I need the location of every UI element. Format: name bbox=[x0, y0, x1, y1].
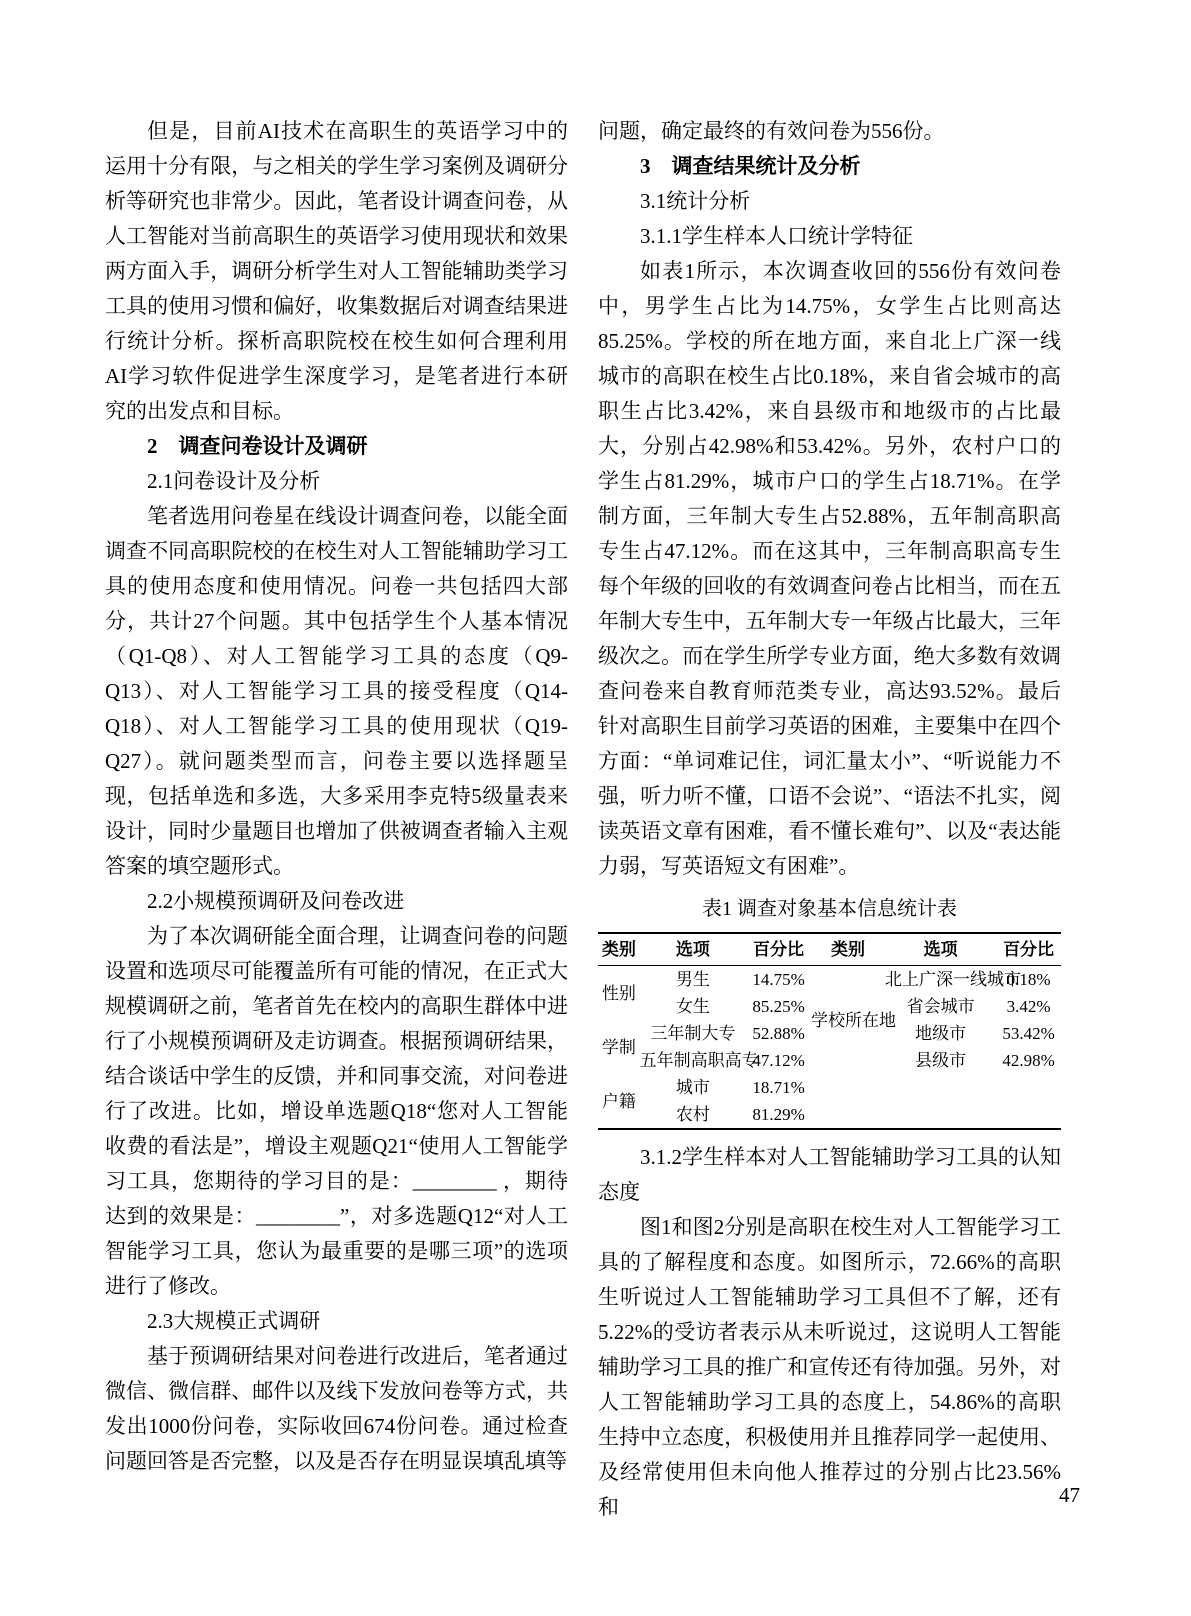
table-caption: 表1 调查对象基本信息统计表 bbox=[598, 890, 1061, 928]
subsection-heading-2-2: 2.2小规模预调研及问卷改进 bbox=[105, 884, 568, 919]
table-cell: 53.42% bbox=[996, 1020, 1061, 1047]
table-cell: 女生 bbox=[640, 993, 746, 1020]
table-header-cell: 类别 bbox=[598, 933, 640, 966]
subsection-heading-3-1-2: 3.1.2学生样本对人工智能辅助学习工具的认知态度 bbox=[598, 1140, 1061, 1210]
table-cell: 18.71% bbox=[746, 1074, 811, 1101]
table-header-cell: 百分比 bbox=[996, 933, 1061, 966]
table-row: 性别 男生 14.75% 学校所在地 北上广深一线城市 0.18% bbox=[598, 966, 1061, 994]
table-cell: 14.75% bbox=[746, 966, 811, 994]
table-header-cell: 类别 bbox=[811, 933, 885, 966]
paragraph: 基于预调研结果对问卷进行改进后，笔者通过微信、微信群、邮件以及线下发放问卷等方式… bbox=[105, 1339, 568, 1479]
paragraph: 但是，目前AI技术在高职生的英语学习中的运用十分有限，与之相关的学生学习案例及调… bbox=[105, 114, 568, 429]
paper-page: 但是，目前AI技术在高职生的英语学习中的运用十分有限，与之相关的学生学习案例及调… bbox=[0, 0, 1191, 1616]
table-cell-category: 学校所在地 bbox=[811, 966, 885, 1075]
table-row: 户籍 城市 18.71% bbox=[598, 1074, 1061, 1101]
paragraph: 问题，确定最终的有效问卷为556份。 bbox=[598, 114, 1061, 149]
section-heading-3: 3 调查结果统计及分析 bbox=[598, 149, 1061, 184]
table-cell: 85.25% bbox=[746, 993, 811, 1020]
table-cell: 3.42% bbox=[996, 993, 1061, 1020]
left-column: 但是，目前AI技术在高职生的英语学习中的运用十分有限，与之相关的学生学习案例及调… bbox=[105, 114, 568, 1479]
table-cell: 北上广深一线城市 bbox=[885, 966, 996, 994]
table-header-cell: 百分比 bbox=[746, 933, 811, 966]
table-cell: 县级市 bbox=[885, 1047, 996, 1074]
subsection-heading-3-1: 3.1统计分析 bbox=[598, 184, 1061, 219]
table-cell: 男生 bbox=[640, 966, 746, 994]
table-header-cell: 选项 bbox=[885, 933, 996, 966]
paragraph: 如表1所示，本次调查收回的556份有效问卷中，男学生占比为14.75%，女学生占… bbox=[598, 254, 1061, 884]
table-cell: 农村 bbox=[640, 1101, 746, 1129]
table-cell-category: 学制 bbox=[598, 1020, 640, 1074]
info-table: 类别 选项 百分比 类别 选项 百分比 性别 男生 14.75% 学校所在地 北… bbox=[598, 932, 1061, 1130]
section-heading-2: 2 调查问卷设计及调研 bbox=[105, 429, 568, 464]
table-cell: 52.88% bbox=[746, 1020, 811, 1047]
subsection-heading-3-1-1: 3.1.1学生样本人口统计学特征 bbox=[598, 219, 1061, 254]
subsection-heading-2-3: 2.3大规模正式调研 bbox=[105, 1304, 568, 1339]
paragraph: 笔者选用问卷星在线设计调查问卷，以能全面调查不同高职院校的在校生对人工智能辅助学… bbox=[105, 499, 568, 884]
right-column: 问题，确定最终的有效问卷为556份。 3 调查结果统计及分析 3.1统计分析 3… bbox=[598, 114, 1061, 1525]
paragraph: 图1和图2分别是高职在校生对人工智能学习工具的了解程度和态度。如图所示，72.6… bbox=[598, 1210, 1061, 1525]
table-cell-category: 性别 bbox=[598, 966, 640, 1021]
table-cell: 三年制大专 bbox=[640, 1020, 746, 1047]
page-number: 47 bbox=[598, 1483, 1080, 1508]
paragraph: 为了本次调研能全面合理，让调查问卷的问题设置和选项尽可能覆盖所有可能的情况，在正… bbox=[105, 919, 568, 1304]
table-cell: 城市 bbox=[640, 1074, 746, 1101]
table-cell: 五年制高职高专 bbox=[640, 1047, 746, 1074]
table-cell: 地级市 bbox=[885, 1020, 996, 1047]
subsection-heading-2-1: 2.1问卷设计及分析 bbox=[105, 464, 568, 499]
table-cell: 81.29% bbox=[746, 1101, 811, 1129]
table-header-row: 类别 选项 百分比 类别 选项 百分比 bbox=[598, 933, 1061, 966]
table-cell-category: 户籍 bbox=[598, 1074, 640, 1129]
table-cell: 47.12% bbox=[746, 1047, 811, 1074]
table-cell-empty bbox=[811, 1074, 1061, 1129]
table-cell: 省会城市 bbox=[885, 993, 996, 1020]
table-header-cell: 选项 bbox=[640, 933, 746, 966]
table-cell: 42.98% bbox=[996, 1047, 1061, 1074]
